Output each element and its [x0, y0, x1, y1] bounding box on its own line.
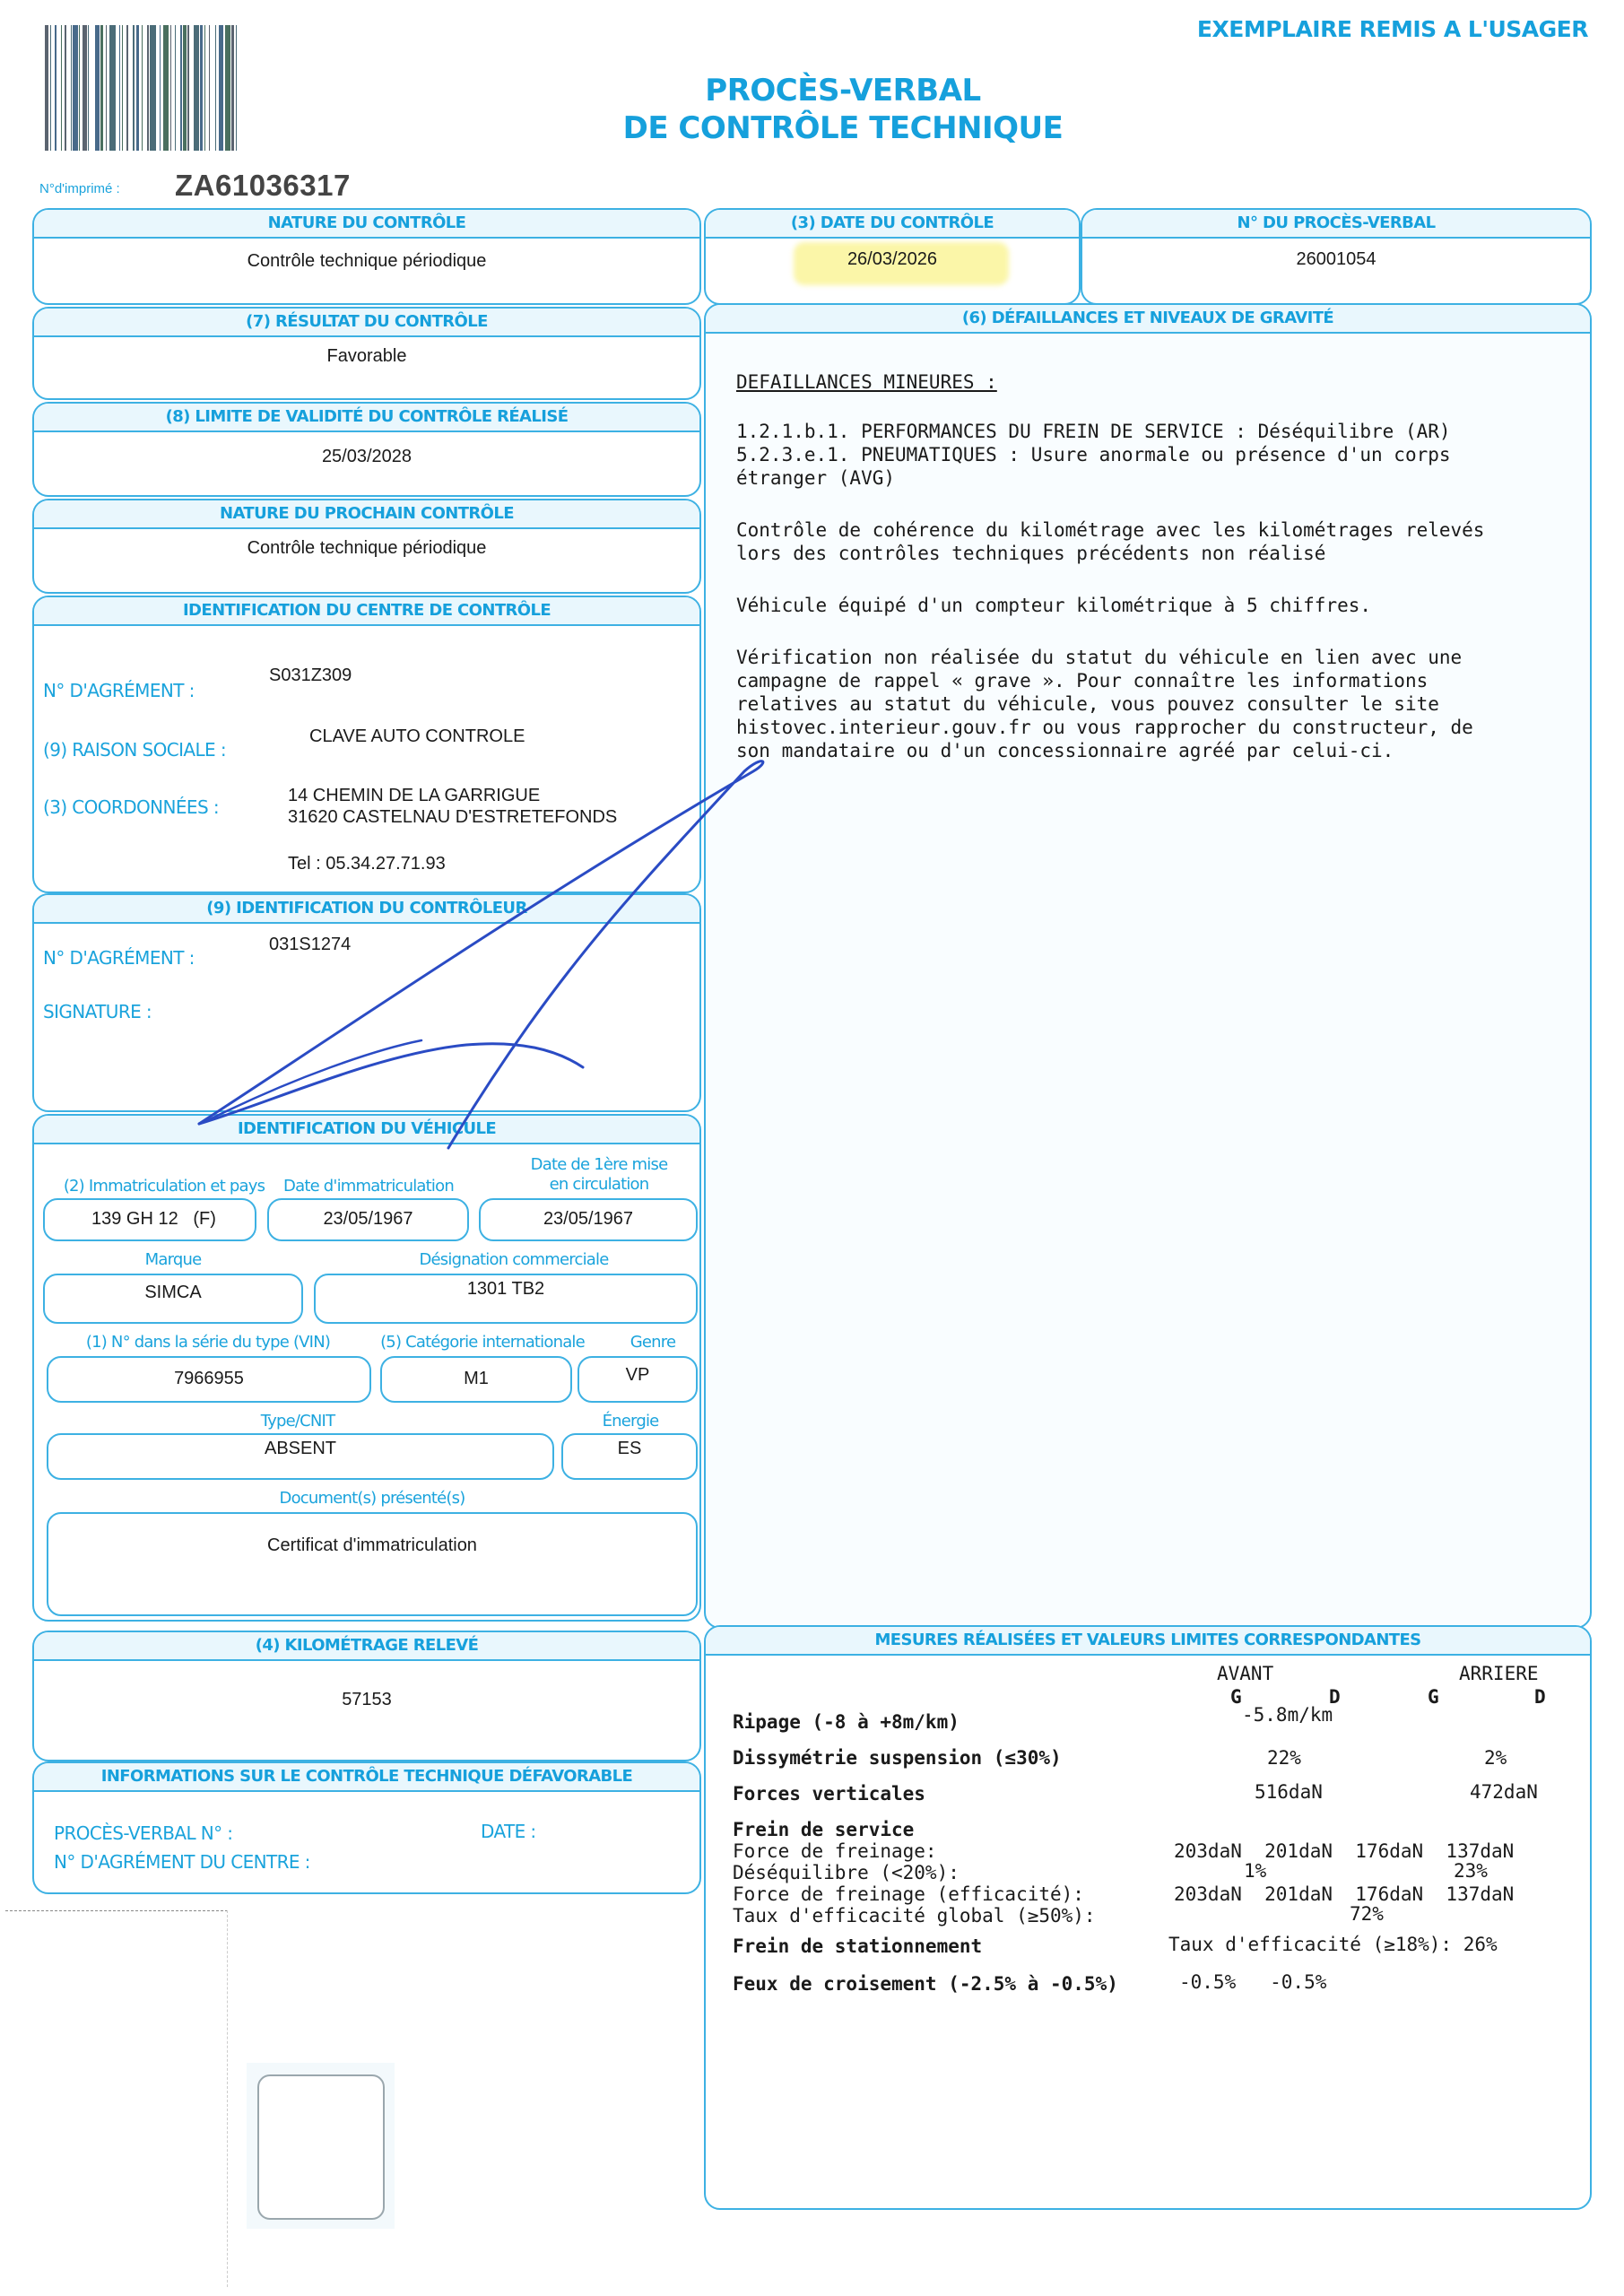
- date-controle-box: (3) DATE DU CONTRÔLE 26/03/2026: [704, 208, 1081, 305]
- forces-label: Forces verticales: [733, 1783, 925, 1805]
- kilometrage-value: 57153: [34, 1661, 699, 1710]
- desequilibre-avant: 1%: [1244, 1860, 1266, 1882]
- taux-global-label: Taux d'efficacité global (≥50%):: [733, 1905, 1096, 1926]
- defaillance-item: 5.2.3.e.1. PNEUMATIQUES : Usure anormale…: [736, 443, 1590, 466]
- defaillances-notes: Contrôle de cohérence du kilométrage ave…: [736, 518, 1590, 762]
- date-1ere-label-a: Date de 1ère mise: [482, 1155, 701, 1174]
- frein-stat-value: Taux d'efficacité (≥18%): 26%: [1168, 1934, 1498, 1955]
- mesures-box: MESURES RÉALISÉES ET VALEURS LIMITES COR…: [704, 1625, 1592, 2210]
- defaillance-item: étranger (AVG): [736, 466, 1590, 490]
- title-line-2: DE CONTRÔLE TECHNIQUE: [574, 109, 1112, 147]
- marque-value: SIMCA: [45, 1283, 301, 1303]
- dissym-arriere: 2%: [1484, 1747, 1507, 1769]
- defaillances-heading: DEFAILLANCES MINEURES :: [736, 371, 1590, 393]
- address-line-2: 31620 CASTELNAU D'ESTRETEFONDS: [288, 807, 617, 828]
- frein-service-label: Frein de service: [733, 1819, 914, 1840]
- limite-validite-value: 25/03/2028: [34, 432, 699, 467]
- energie-label: Énergie: [563, 1412, 698, 1431]
- type-label: Type/CNIT: [47, 1412, 549, 1431]
- imprime-number: ZA61036317: [175, 169, 351, 203]
- date-1ere-field: 23/05/1967: [479, 1198, 698, 1241]
- force-eff-values: 203daN 201daN 176daN 137daN: [1174, 1883, 1514, 1905]
- nature-controle-title: NATURE DU CONTRÔLE: [34, 210, 699, 239]
- defavorable-date-label: DATE :: [481, 1821, 536, 1842]
- defaillance-note: Contrôle de cohérence du kilométrage ave…: [736, 518, 1590, 565]
- desequilibre-label: Déséquilibre (<20%):: [733, 1862, 960, 1883]
- energie-value: ES: [563, 1439, 696, 1459]
- defavorable-box: INFORMATIONS SUR LE CONTRÔLE TECHNIQUE D…: [32, 1761, 701, 1894]
- marque-label: Marque: [43, 1250, 303, 1269]
- documents-value: Certificat d'immatriculation: [48, 1535, 696, 1556]
- document-title: PROCÈS-VERBAL DE CONTRÔLE TECHNIQUE: [574, 72, 1112, 147]
- genre-value: VP: [579, 1365, 696, 1386]
- date-immat-field: 23/05/1967: [267, 1198, 469, 1241]
- type-value: ABSENT: [48, 1439, 552, 1459]
- vin-value: 7966955: [48, 1369, 369, 1389]
- desequilibre-arriere: 23%: [1454, 1860, 1488, 1882]
- taux-global-value: 72%: [1350, 1903, 1384, 1925]
- centre-title: IDENTIFICATION DU CENTRE DE CONTRÔLE: [34, 597, 699, 626]
- centre-agrement-label: N° D'AGRÉMENT :: [43, 680, 195, 701]
- forces-avant: 516daN: [1255, 1781, 1323, 1803]
- force-eff-label: Force de freinage (efficacité):: [733, 1883, 1084, 1905]
- designation-label: Désignation commerciale: [330, 1250, 698, 1269]
- barcode: [45, 25, 377, 151]
- date-1ere-value: 23/05/1967: [481, 1209, 696, 1230]
- frein-stat-label: Frein de stationnement: [733, 1935, 982, 1957]
- tear-line: [5, 1910, 228, 1911]
- controleur-title: (9) IDENTIFICATION DU CONTRÔLEUR: [34, 895, 699, 924]
- marque-field: SIMCA: [43, 1274, 303, 1324]
- feux-values: -0.5% -0.5%: [1179, 1971, 1326, 1993]
- centre-box: IDENTIFICATION DU CENTRE DE CONTRÔLE N° …: [32, 596, 701, 893]
- controleur-box: (9) IDENTIFICATION DU CONTRÔLEUR N° D'AG…: [32, 893, 701, 1112]
- resultat-value: Favorable: [34, 337, 699, 367]
- raison-sociale-value: CLAVE AUTO CONTROLE: [309, 726, 525, 747]
- controleur-agrement-value: 031S1274: [269, 935, 351, 955]
- defaillance-note: Véhicule équipé d'un compteur kilométriq…: [736, 594, 1590, 617]
- prochain-controle-box: NATURE DU PROCHAIN CONTRÔLE Contrôle tec…: [32, 499, 701, 594]
- arriere-header: ARRIERE: [1459, 1663, 1539, 1684]
- centre-agrement-value: S031Z309: [269, 665, 352, 686]
- type-field: ABSENT: [47, 1433, 554, 1480]
- forces-arriere: 472daN: [1470, 1781, 1538, 1803]
- ripage-value: -5.8m/km: [1242, 1704, 1333, 1726]
- documents-label: Document(s) présenté(s): [47, 1489, 698, 1508]
- defavorable-agrement-label: N° D'AGRÉMENT DU CENTRE :: [54, 1851, 310, 1873]
- title-line-1: PROCÈS-VERBAL: [574, 72, 1112, 109]
- vin-label: (1) N° dans la série du type (VIN): [47, 1333, 369, 1352]
- defaillances-title: (6) DÉFAILLANCES ET NIVEAUX DE GRAVITÉ: [706, 305, 1590, 334]
- controleur-agrement-label: N° D'AGRÉMENT :: [43, 947, 195, 969]
- copy-label: EXEMPLAIRE REMIS A L'USAGER: [1197, 16, 1588, 42]
- defavorable-title: INFORMATIONS SUR LE CONTRÔLE TECHNIQUE D…: [34, 1763, 699, 1792]
- energie-field: ES: [561, 1433, 698, 1480]
- arriere-d: D: [1534, 1686, 1546, 1708]
- imprime-label: N°d'imprimé :: [39, 181, 120, 196]
- limite-validite-box: (8) LIMITE DE VALIDITÉ DU CONTRÔLE RÉALI…: [32, 402, 701, 497]
- nature-controle-box: NATURE DU CONTRÔLE Contrôle technique pé…: [32, 208, 701, 305]
- feux-label: Feux de croisement (-2.5% à -0.5%): [733, 1973, 1118, 1995]
- centre-phone: Tel : 05.34.27.71.93: [288, 854, 446, 874]
- resultat-box: (7) RÉSULTAT DU CONTRÔLE Favorable: [32, 307, 701, 400]
- date-immat-label: Date d'immatriculation: [269, 1177, 468, 1196]
- limite-validite-title: (8) LIMITE DE VALIDITÉ DU CONTRÔLE RÉALI…: [34, 404, 699, 432]
- date-controle-value: 26/03/2026: [706, 239, 1079, 270]
- date-1ere-label-b: en circulation: [482, 1175, 701, 1194]
- raison-sociale-label: (9) RAISON SOCIALE :: [43, 739, 226, 761]
- avant-header: AVANT: [1217, 1663, 1273, 1684]
- nature-controle-value: Contrôle technique périodique: [34, 239, 699, 272]
- kilometrage-title: (4) KILOMÉTRAGE RELEVÉ: [34, 1632, 699, 1661]
- ripage-label: Ripage (-8 à +8m/km): [733, 1711, 960, 1733]
- vehicule-box: IDENTIFICATION DU VÉHICULE (2) Immatricu…: [32, 1114, 701, 1622]
- force-freinage-values: 203daN 201daN 176daN 137daN: [1174, 1840, 1514, 1862]
- arriere-g: G: [1428, 1686, 1439, 1708]
- date-immat-value: 23/05/1967: [269, 1209, 467, 1230]
- categorie-field: M1: [380, 1356, 572, 1403]
- dissym-label: Dissymétrie suspension (≤30%): [733, 1747, 1062, 1769]
- designation-value: 1301 TB2: [316, 1279, 696, 1300]
- dissym-avant: 22%: [1267, 1747, 1301, 1769]
- coordonnees-label: (3) COORDONNÉES :: [43, 796, 219, 818]
- resultat-title: (7) RÉSULTAT DU CONTRÔLE: [34, 309, 699, 337]
- defaillances-box: (6) DÉFAILLANCES ET NIVEAUX DE GRAVITÉ D…: [704, 303, 1592, 1629]
- genre-label: Genre: [608, 1333, 698, 1352]
- defaillance-note: Vérification non réalisée du statut du v…: [736, 646, 1590, 762]
- immat-field: 139 GH 12 (F): [43, 1198, 256, 1241]
- defavorable-pv-label: PROCÈS-VERBAL N° :: [54, 1822, 232, 1844]
- defaillances-list: 1.2.1.b.1. PERFORMANCES DU FREIN DE SERV…: [736, 420, 1590, 490]
- immat-label: (2) Immatriculation et pays: [43, 1177, 285, 1196]
- force-freinage-label: Force de freinage:: [733, 1840, 937, 1862]
- mesures-title: MESURES RÉALISÉES ET VALEURS LIMITES COR…: [706, 1627, 1590, 1656]
- address-line-1: 14 CHEMIN DE LA GARRIGUE: [288, 786, 540, 806]
- documents-field: Certificat d'immatriculation: [47, 1512, 698, 1616]
- categorie-label: (5) Catégorie internationale: [375, 1333, 590, 1352]
- defaillance-item: 1.2.1.b.1. PERFORMANCES DU FREIN DE SERV…: [736, 420, 1590, 443]
- vehicule-title: IDENTIFICATION DU VÉHICULE: [34, 1116, 699, 1144]
- prochain-controle-title: NATURE DU PROCHAIN CONTRÔLE: [34, 500, 699, 529]
- prochain-controle-value: Contrôle technique périodique: [34, 529, 699, 559]
- kilometrage-box: (4) KILOMÉTRAGE RELEVÉ 57153: [32, 1631, 701, 1761]
- categorie-value: M1: [382, 1369, 570, 1389]
- numero-pv-value: 26001054: [1082, 239, 1590, 270]
- designation-field: 1301 TB2: [314, 1274, 698, 1324]
- genre-field: VP: [578, 1356, 698, 1403]
- tear-line-vertical: [227, 1910, 228, 2287]
- avant-g: G: [1230, 1686, 1242, 1708]
- envelope-window: [257, 2074, 385, 2220]
- signature-label: SIGNATURE :: [43, 1001, 152, 1022]
- vin-field: 7966955: [47, 1356, 371, 1403]
- numero-pv-title: N° DU PROCÈS-VERBAL: [1082, 210, 1590, 239]
- date-controle-title: (3) DATE DU CONTRÔLE: [706, 210, 1079, 239]
- numero-pv-box: N° DU PROCÈS-VERBAL 26001054: [1081, 208, 1592, 305]
- immat-value: 139 GH 12 (F): [91, 1209, 216, 1230]
